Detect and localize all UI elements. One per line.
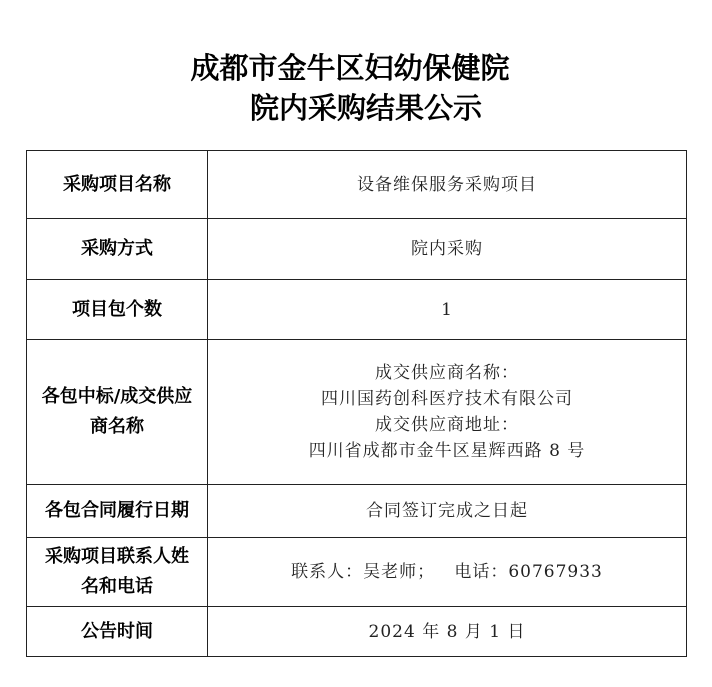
row-value-project-name: 设备维保服务采购项目	[208, 151, 687, 219]
procurement-result-table: 采购项目名称 设备维保服务采购项目 采购方式 院内采购 项目包个数 1 各包中标…	[26, 150, 687, 657]
document-title-line1: 成都市金牛区妇幼保健院	[0, 50, 706, 86]
row-value-contract-period: 合同签订完成之日起	[208, 485, 687, 538]
table-row: 采购方式 院内采购	[27, 219, 687, 280]
table-row: 采购项目联系人姓 名和电话 联系人：吴老师； 电话：60767933	[27, 538, 687, 607]
table-row: 公告时间 2024 年 8 月 1 日	[27, 607, 687, 657]
supplier-address-label: 成交供应商地址：	[208, 412, 686, 438]
row-value-contact: 联系人：吴老师； 电话：60767933	[208, 538, 687, 607]
supplier-name: 四川国药创科医疗技术有限公司	[208, 386, 686, 412]
label-line: 商名称	[27, 412, 207, 442]
row-label-procurement-method: 采购方式	[27, 219, 208, 280]
supplier-address: 四川省成都市金牛区星辉西路 8 号	[208, 438, 686, 464]
table-row: 各包合同履行日期 合同签订完成之日起	[27, 485, 687, 538]
row-label-supplier: 各包中标/成交供应 商名称	[27, 340, 208, 485]
label-line: 各包中标/成交供应	[27, 382, 207, 412]
row-label-project-name: 采购项目名称	[27, 151, 208, 219]
label-line: 名和电话	[27, 572, 207, 602]
row-label-contract-period: 各包合同履行日期	[27, 485, 208, 538]
row-value-procurement-method: 院内采购	[208, 219, 687, 280]
row-value-announcement-date: 2024 年 8 月 1 日	[208, 607, 687, 657]
label-line: 采购项目联系人姓	[27, 542, 207, 572]
row-label-contact: 采购项目联系人姓 名和电话	[27, 538, 208, 607]
supplier-name-label: 成交供应商名称：	[208, 360, 686, 386]
row-label-announcement-date: 公告时间	[27, 607, 208, 657]
row-label-package-count: 项目包个数	[27, 280, 208, 340]
table-row: 采购项目名称 设备维保服务采购项目	[27, 151, 687, 219]
table-row: 各包中标/成交供应 商名称 成交供应商名称： 四川国药创科医疗技术有限公司 成交…	[27, 340, 687, 485]
row-value-package-count: 1	[208, 280, 687, 340]
document-title-line2: 院内采购结果公示	[10, 90, 712, 126]
row-value-supplier: 成交供应商名称： 四川国药创科医疗技术有限公司 成交供应商地址： 四川省成都市金…	[208, 340, 687, 485]
table-row: 项目包个数 1	[27, 280, 687, 340]
